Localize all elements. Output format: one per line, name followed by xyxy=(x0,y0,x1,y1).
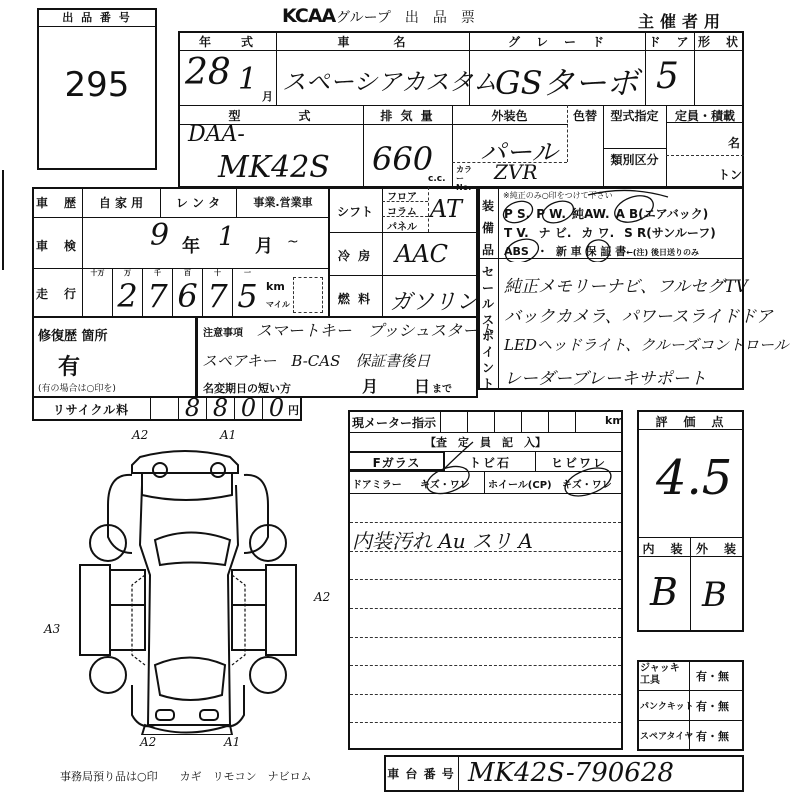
lot-number: 295 xyxy=(39,65,155,105)
accessory-puncture-options[interactable]: 有・無 xyxy=(696,698,729,714)
interior-label: 内 装 xyxy=(637,540,690,557)
history-label: 車 歴 xyxy=(32,194,82,211)
mileage-digit-cell: 十万 xyxy=(82,268,112,318)
capacity-label: 定員・積載 xyxy=(666,107,744,124)
lot-label: 出 品 番 号 xyxy=(39,10,155,27)
notes-label: 注意事項 xyxy=(203,324,243,339)
aircon-label: 冷 房 xyxy=(328,247,382,264)
model-code-value: MK42S xyxy=(218,150,330,185)
repair-label: 修復歴 箇所 xyxy=(38,325,108,344)
displacement-label: 排 気 量 xyxy=(363,107,452,124)
accessory-jack-options[interactable]: 有・無 xyxy=(696,668,729,684)
exterior-score: B xyxy=(702,575,727,615)
damage-mark-rear-right: A1 xyxy=(220,428,236,442)
mileage-digit-value: 6 xyxy=(173,278,202,314)
damage-mark-front-left: A2 xyxy=(140,735,156,749)
capacity-unit-persons: 名 xyxy=(728,134,740,151)
car-condition-diagram xyxy=(60,425,310,735)
name-label: 車 名 xyxy=(276,33,469,50)
mileage-digit-cell: 千7 xyxy=(142,268,172,318)
recycle-unit: 円 xyxy=(288,402,299,418)
color-label: 外装色 xyxy=(452,107,567,124)
shift-label: シフト xyxy=(328,203,382,220)
score-label: 評 価 点 xyxy=(637,413,744,430)
meter-digit-box[interactable] xyxy=(494,410,521,432)
damage-mark-front-right: A1 xyxy=(224,735,240,749)
damage-mark-left-side: A3 xyxy=(44,622,60,636)
lot-box: 出 品 番 号 295 xyxy=(37,8,157,170)
shift-option-column[interactable]: コラム xyxy=(387,203,417,218)
office-items-footer: 事務局預り品は○印 カギ リモコン ナビロム xyxy=(60,768,312,784)
meter-unit: km xyxy=(605,414,624,427)
mileage-digit-cell: 十7 xyxy=(202,268,232,318)
score-value: 4.5 xyxy=(656,450,732,506)
shift-option-panel[interactable]: パネル xyxy=(387,218,417,233)
color-no-value: ZVR xyxy=(494,160,537,184)
recycle-digit xyxy=(150,396,178,421)
interior-score: B xyxy=(650,570,678,614)
displacement-unit: c.c. xyxy=(428,174,446,184)
fuel-value: ガソリン xyxy=(390,285,478,316)
meter-digit-box[interactable] xyxy=(548,410,575,432)
accessory-spare-label: スペアタイヤ xyxy=(640,729,693,742)
notes-line-1: スマートキー プッシュスタート xyxy=(256,318,494,341)
capacity-unit-tons: トン xyxy=(718,166,742,183)
damage-mark-rear-left: A2 xyxy=(132,428,148,442)
shape-label: 形 状 xyxy=(694,33,744,50)
history-option-rental[interactable]: レ ン タ xyxy=(160,194,236,211)
recycle-digit: 8 xyxy=(178,396,206,421)
car-name-value: スペーシアカスタム xyxy=(282,62,497,97)
meter-digit-box[interactable] xyxy=(440,410,467,432)
meter-digit-box[interactable] xyxy=(467,410,494,432)
accessory-spare-options[interactable]: 有・無 xyxy=(696,728,729,744)
year-value: 28 xyxy=(185,52,231,93)
chassis-value: MK42S-790628 xyxy=(468,758,674,788)
month-value: 1 xyxy=(238,62,257,97)
shift-value: AT xyxy=(430,195,462,223)
inspector-circle-marks xyxy=(348,430,623,500)
inspection-suffix: ~ xyxy=(287,234,299,250)
sheet-title: グループ 出 品 票 xyxy=(336,7,475,27)
name-change-until: まで xyxy=(432,380,452,395)
class-label: 類別区分 xyxy=(603,151,666,168)
sales-point-line-2: バックカメラ、パワースライドドア xyxy=(504,302,773,327)
history-option-business[interactable]: 事業.営業車 xyxy=(236,194,330,210)
mileage-digit-value: 7 xyxy=(203,278,232,314)
exterior-label: 外 装 xyxy=(690,540,744,557)
recycle-digit: 0 xyxy=(262,396,290,421)
mileage-unit-km: km xyxy=(266,280,285,293)
sales-point-line-4: レーダーブレーキサポート xyxy=(504,364,706,389)
inspector-remarks: 内装汚れ Au スリ A xyxy=(352,525,533,554)
chassis-label: 車 台 番 号 xyxy=(384,765,458,782)
repair-note: (有の場合は○印を) xyxy=(38,381,116,394)
doors-value: 5 xyxy=(656,56,679,97)
inspection-month-unit: 月 xyxy=(255,232,273,258)
recycle-digit: 8 xyxy=(206,396,234,421)
damage-mark-right-side: A2 xyxy=(314,590,330,604)
inspection-year-unit: 年 xyxy=(182,232,200,258)
mileage-unit-mile: マイル xyxy=(266,299,290,310)
fuel-label: 燃 料 xyxy=(328,290,382,307)
meter-label: 現メーター指示 xyxy=(348,414,440,431)
inspection-year-value: 9 xyxy=(150,218,169,253)
doors-label: ド ア xyxy=(645,33,694,50)
model-prefix-value: DAA- xyxy=(188,122,245,147)
type-designation-label: 型式指定 xyxy=(603,107,666,124)
accessory-jack-label: ジャッキ工具 xyxy=(640,663,686,687)
sales-point-line-3: LEDヘッドライト、クルーズコントロール xyxy=(504,334,789,355)
mileage-digit-value: 5 xyxy=(233,278,262,314)
inspection-label: 車 検 xyxy=(32,237,82,254)
inspection-month-value: 1 xyxy=(218,222,235,252)
brand-logo: KCAA xyxy=(282,5,335,27)
mileage-digit-value: 2 xyxy=(113,278,142,314)
aircon-value: AAC xyxy=(395,240,448,268)
organizer-copy-label: 主催者用 xyxy=(638,9,726,32)
mileage-digit-header: 十万 xyxy=(83,268,112,278)
recycle-label: リサイクル料 xyxy=(32,401,150,418)
grade-label: グ レ ー ド xyxy=(469,33,645,50)
recycle-digit: 0 xyxy=(234,396,262,421)
notes-line-2: スペアキー B-CAS 保証書後日 xyxy=(202,350,430,371)
mileage-digit-cell: 一5 xyxy=(232,268,262,318)
shift-option-floor[interactable]: フロア xyxy=(387,188,417,203)
mileage-digit-cell: 百6 xyxy=(172,268,202,318)
name-change-month-unit: 月 xyxy=(362,374,378,397)
history-option-private[interactable]: 自 家 用 xyxy=(82,194,160,211)
equipment-circle-marks xyxy=(478,187,744,262)
repair-value: 有 xyxy=(58,350,80,381)
meter-digit-box[interactable] xyxy=(575,410,602,432)
color-change-label: 色替 xyxy=(567,107,603,124)
mileage-digit-cell: 万2 xyxy=(112,268,142,318)
month-unit: 月 xyxy=(262,88,273,104)
grade-value: GSターボ xyxy=(495,58,639,104)
sales-point-line-1: 純正メモリーナビ、フルセグTV xyxy=(504,272,748,297)
year-label: 年 式 xyxy=(178,33,276,50)
meter-digit-box[interactable] xyxy=(521,410,548,432)
displacement-value: 660 xyxy=(372,140,433,178)
mileage-label: 走 行 xyxy=(32,285,82,302)
name-change-day-unit: 日 xyxy=(414,374,430,397)
mileage-digit-value: 7 xyxy=(143,278,172,314)
accessory-puncture-label: パンクキット xyxy=(640,699,694,712)
mile-checkbox[interactable] xyxy=(293,277,323,313)
